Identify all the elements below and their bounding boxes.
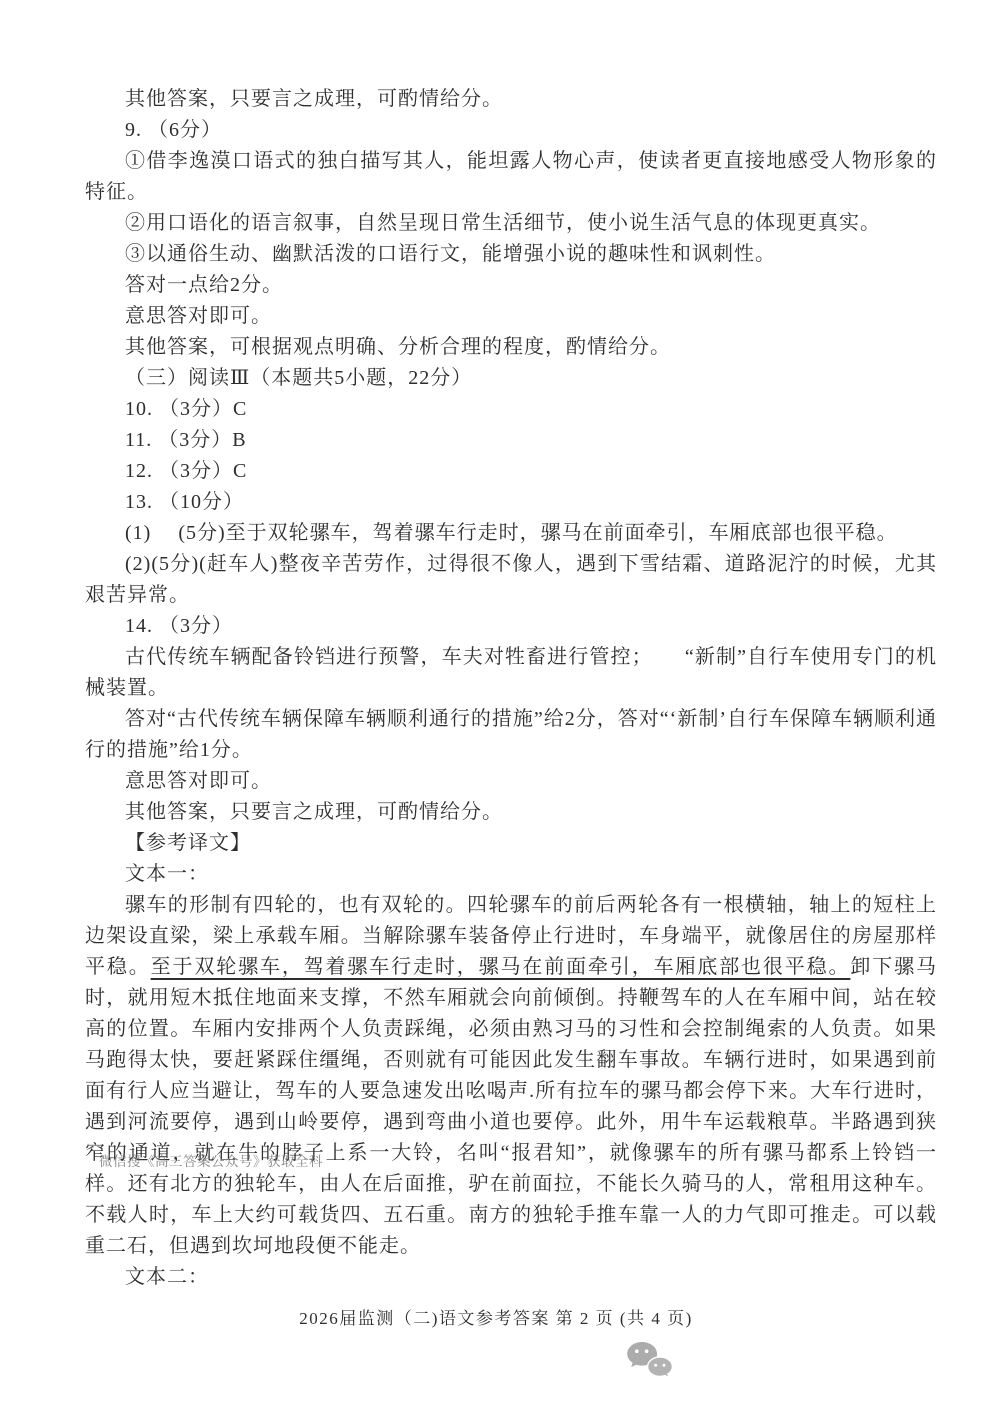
q11-answer: 11. （3分）B [85, 425, 937, 456]
q13-part1-answer: (1) (5分)至于双轮骡车，驾着骡车行走时，骡马在前面牵引，车厢底部也很平稳。 [85, 518, 937, 549]
q14-scoring-note: 答对“古代传统车辆保障车辆顺利通行的措施”给2分，答对“‘新制’自行车保障车辆顺… [85, 704, 937, 766]
underlined-sentence: 至于双轮骡车，驾着骡车行走时，骡马在前面牵引，车厢底部也很平稳。 [151, 956, 851, 978]
other-answers-note-1: 其他答案，只要言之成理，可酌情给分。 [85, 84, 937, 115]
q10-answer: 10. （3分）C [85, 394, 937, 425]
q13-header: 13. （10分） [85, 487, 937, 518]
wechat-icon [626, 1340, 674, 1386]
text-one-label: 文本一： [85, 859, 937, 890]
section-3-header: （三）阅读Ⅲ（本题共5小题，22分） [85, 363, 937, 394]
q14-answer: 古代传统车辆配备铃铛进行预警，车夫对牲畜进行管控； “新制”自行车使用专门的机械… [85, 642, 937, 704]
q9-point-3: ③以通俗生动、幽默活泼的口语行文，能增强小说的趣味性和讽刺性。 [85, 239, 937, 270]
q9-point-2: ②用口语化的语言叙事，自然呈现日常生活细节，使小说生活气息的体现更真实。 [85, 208, 937, 239]
q12-answer: 12. （3分）C [85, 456, 937, 487]
q9-meaning-note: 意思答对即可。 [85, 301, 937, 332]
text-one-translation: 骡车的形制有四轮的，也有双轮的。四轮骡车的前后两轮各有一根横轴，轴上的短柱上边架… [85, 890, 937, 1262]
document-page: 其他答案，只要言之成理，可酌情给分。9. （6分）①借李逸漠口语式的独白描写其人… [0, 0, 992, 1403]
q14-header: 14. （3分） [85, 611, 937, 642]
reference-translation-header: 【参考译文】 [85, 828, 937, 859]
q9-other-answers-note: 其他答案，可根据观点明确、分析合理的程度，酌情给分。 [85, 332, 937, 363]
q9-header: 9. （6分） [85, 115, 937, 146]
watermark-text: 微信搜《高三答案公众号》获取全科 [99, 1150, 323, 1170]
q14-meaning-note: 意思答对即可。 [85, 766, 937, 797]
q9-point-1: ①借李逸漠口语式的独白描写其人，能坦露人物心声，使读者更直接地感受人物形象的特征… [85, 146, 937, 208]
wechat-front-bubble [648, 1357, 673, 1378]
q9-scoring-note: 答对一点给2分。 [85, 270, 937, 301]
q13-part2-answer: (2)(5分)(赶车人)整夜辛苦劳作，过得很不像人，遇到下雪结霜、道路泥泞的时候… [85, 549, 937, 611]
q14-other-answers-note: 其他答案，只要言之成理，可酌情给分。 [85, 797, 937, 828]
page-footer: 2026届监测（二)语文参考答案 第 2 页 (共 4 页) [0, 1304, 992, 1329]
document-body: 其他答案，只要言之成理，可酌情给分。9. （6分）①借李逸漠口语式的独白描写其人… [85, 84, 937, 1293]
text-two-label: 文本二： [85, 1262, 937, 1293]
translation-text: 卸下骡马时，就用短木抵住地面来支撑，不然车厢就会向前倾倒。持鞭驾车的人在车厢中间… [85, 956, 937, 1257]
